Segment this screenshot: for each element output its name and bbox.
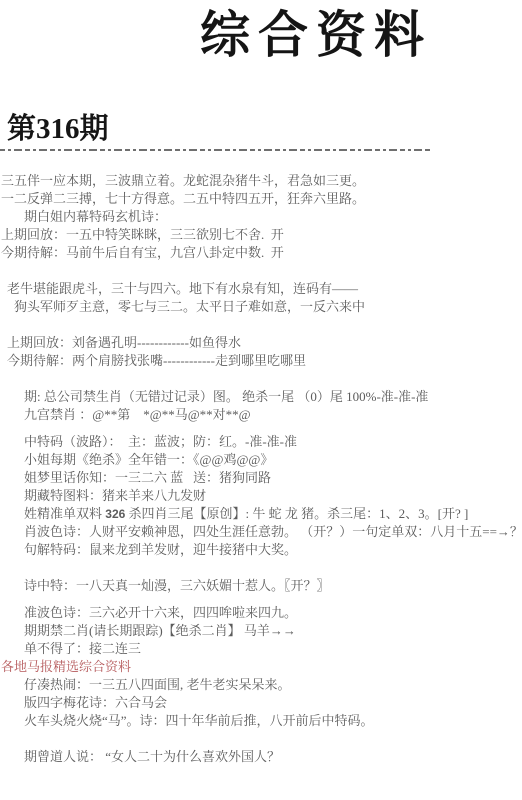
- dashed-divider: [0, 149, 433, 151]
- text-line: 今期待解：马前牛后自有宝，九宫八卦定中数. 开: [0, 244, 522, 262]
- text-line: 姐梦里话你知：一三二六 蓝 送：猪狗同路: [0, 469, 522, 487]
- text-run: 今期待解：两个肩膀找张嘴------------走到哪里吃哪里: [7, 353, 306, 368]
- text-line: 期: 总公司禁生肖（无错过记录）图。 绝杀一尾 （0）尾 100%-准-准-准: [0, 388, 522, 406]
- text-line: 诗中特：一八天真一灿漫，三六妖媚十惹人。〖开？〗: [0, 577, 522, 595]
- text-line: 句解特码：鼠来龙到羊发财，迎牛接猪中大奖。: [0, 541, 522, 559]
- text-line: 上期回放：刘备遇孔明------------如鱼得水: [0, 334, 522, 352]
- text-run: 单不得了：接二连三: [24, 641, 141, 656]
- text-run: 诗中特：一八天真一灿漫，三六妖媚十惹人。〖开？〗: [24, 578, 330, 593]
- highlight-red-line: 各地马报精选综合资料: [0, 658, 522, 676]
- page-title: 综合资料: [200, 6, 522, 64]
- text-line: 仔凑热闹：一三五八四面围, 老牛老实呆呆来。: [0, 676, 522, 694]
- body-text-block: 三五伴一应本期，三波鼎立着。龙蛇混杂猪牛斗，君急如三更。一二反弹二三搏，七十方得…: [0, 172, 522, 766]
- text-run: 326: [105, 507, 125, 521]
- text-line: 准波色诗：三六必开十六来，四四哞啦来四九。: [0, 604, 522, 622]
- text-line: 版四字梅花诗：六合马会: [0, 694, 522, 712]
- text-run: 老牛堪能跟虎斗，三十与四六。地下有水泉有知，连码有——: [7, 281, 358, 296]
- text-run: 期曾道人说： “女人二十为什么喜欢外国人？: [24, 749, 280, 764]
- text-line: 火车头烧火烧“马”。诗：四十年华前后推，八开前后中特码。: [0, 712, 522, 730]
- text-run: 姓精准单双料: [24, 506, 105, 521]
- text-run: 九宫禁肖 ：@**第 *@**马@**对**@: [24, 407, 251, 422]
- text-line: 中特码（波路）： 主：蓝波；防：红。-准-准-准: [0, 433, 522, 451]
- text-line: 肖波色诗：人财平安赖神恩，四处生涯任意勃。 （开？）一句定单双：八月十五==→？: [0, 523, 522, 541]
- text-run: 狗头军师歹主意，零七与三二。太平日子难如意，一反六来中: [14, 299, 365, 314]
- text-run: 期: 总公司禁生肖（无错过记录）图。 绝杀一尾 （0）尾 100%-准-准-准: [24, 389, 428, 404]
- text-run: 三五伴一应本期，三波鼎立着。龙蛇混杂猪牛斗，君急如三更。: [1, 173, 365, 188]
- text-line: 一二反弹二三搏，七十方得意。二五中特四五开，狂奔六里路。: [0, 190, 522, 208]
- text-run: 杀四肖三尾【原创】: 牛 蛇 龙 猪。杀三尾：1、2、3。[开? ]: [125, 506, 468, 521]
- text-run: 期藏特图料：猪来羊来八九发财: [24, 488, 206, 503]
- text-run: 火车头烧火烧“马”。诗：四十年华前后推，八开前后中特码。: [24, 713, 374, 728]
- text-line: 老牛堪能跟虎斗，三十与四六。地下有水泉有知，连码有——: [0, 280, 522, 298]
- text-line: 九宫禁肖 ：@**第 *@**马@**对**@: [0, 406, 522, 424]
- text-line: 小姐每期《绝杀》全年错一：《@@鸡@@》: [0, 451, 522, 469]
- text-run: 上期回放：一五中特笑眯眯，三三欲别七不舍. 开: [1, 227, 284, 242]
- text-run: 期期禁二肖(请长期跟踪)【绝杀二肖】 马羊→→: [24, 623, 296, 638]
- text-line: 期白姐内幕特码玄机诗：: [0, 208, 522, 226]
- text-line: 期曾道人说： “女人二十为什么喜欢外国人？: [0, 748, 522, 766]
- text-line: 期藏特图料：猪来羊来八九发财: [0, 487, 522, 505]
- text-run: 各地马报精选综合资料: [1, 659, 131, 674]
- text-line: 上期回放：一五中特笑眯眯，三三欲别七不舍. 开: [0, 226, 522, 244]
- text-run: 准波色诗：三六必开十六来，四四哞啦来四九。: [24, 605, 297, 620]
- text-run: 今期待解：马前牛后自有宝，九宫八卦定中数. 开: [1, 245, 284, 260]
- text-line: 三五伴一应本期，三波鼎立着。龙蛇混杂猪牛斗，君急如三更。: [0, 172, 522, 190]
- text-line: 姓精准单双料 326 杀四肖三尾【原创】: 牛 蛇 龙 猪。杀三尾：1、2、3。…: [0, 505, 522, 523]
- text-run: 一二反弹二三搏，七十方得意。二五中特四五开，狂奔六里路。: [1, 191, 365, 206]
- text-run: 肖波色诗：人财平安赖神恩，四处生涯任意勃。 （开？）一句定单双：八月十五==→？: [24, 524, 522, 539]
- text-run: 姐梦里话你知：一三二六 蓝 送：猪狗同路: [24, 470, 271, 485]
- text-run: 期白姐内幕特码玄机诗：: [24, 209, 167, 224]
- text-run: 上期回放：刘备遇孔明------------如鱼得水: [7, 335, 241, 350]
- text-line: 今期待解：两个肩膀找张嘴------------走到哪里吃哪里: [0, 352, 522, 370]
- text-run: 小姐每期《绝杀》全年错一：《@@鸡@@》: [24, 452, 273, 467]
- page: 综合资料 第316期 三五伴一应本期，三波鼎立着。龙蛇混杂猪牛斗，君急如三更。一…: [0, 0, 522, 800]
- text-line: 单不得了：接二连三: [0, 640, 522, 658]
- text-run: 仔凑热闹：一三五八四面围, 老牛老实呆呆来。: [24, 677, 291, 692]
- text-line: 期期禁二肖(请长期跟踪)【绝杀二肖】 马羊→→: [0, 622, 522, 640]
- issue-number: 第316期: [7, 112, 522, 146]
- text-run: 版四字梅花诗：六合马会: [24, 695, 167, 710]
- text-run: 句解特码：鼠来龙到羊发财，迎牛接猪中大奖。: [24, 542, 297, 557]
- text-line: 狗头军师歹主意，零七与三二。太平日子难如意，一反六来中: [0, 298, 522, 316]
- text-run: 中特码（波路）： 主：蓝波；防：红。-准-准-准: [24, 434, 297, 449]
